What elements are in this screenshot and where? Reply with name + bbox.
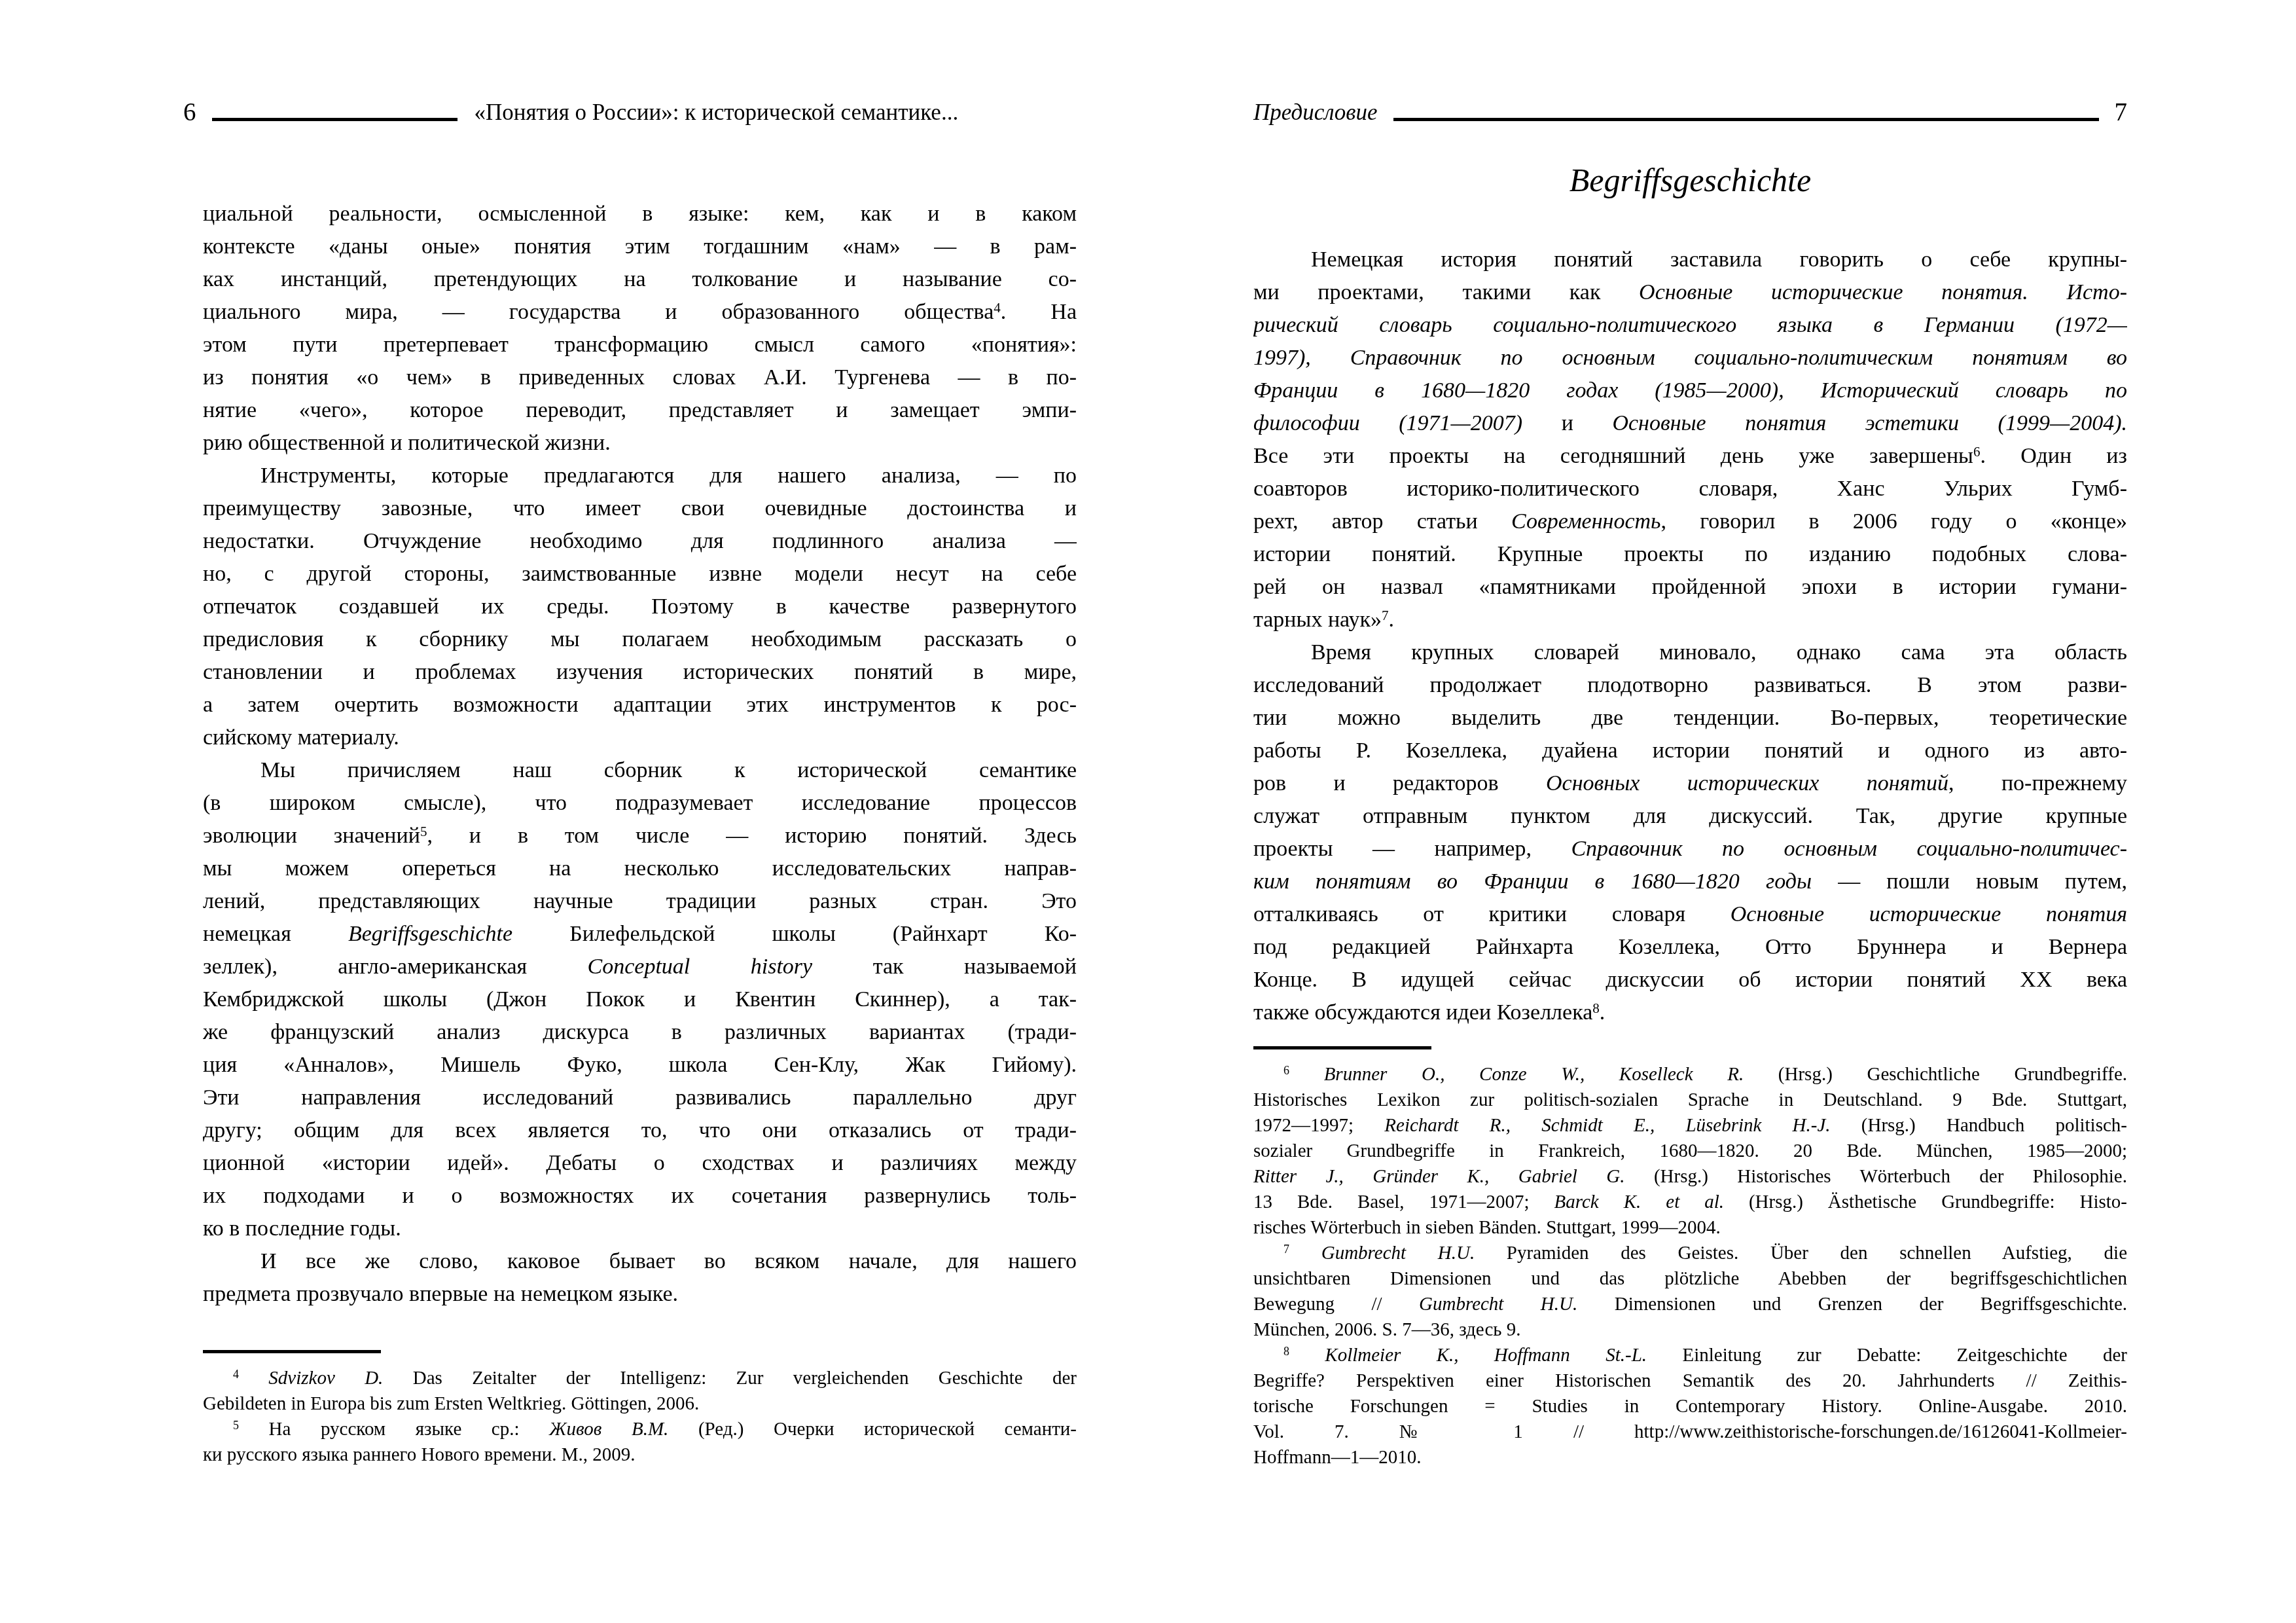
left-header-rule (212, 118, 457, 121)
right-body-text: Немецкая история понятий заставила говор… (1253, 244, 2127, 1029)
text-line: 5 На русском языке ср.: Живов В.М. (Ред.… (203, 1417, 1077, 1442)
right-running-header: Предисловие 7 (1253, 98, 2127, 127)
text-line: также обсуждаются идеи Козеллека8. (1253, 996, 2127, 1029)
left-page-number: 6 (183, 98, 196, 127)
text-line: Кембриджской школы (Джон Покок и Квентин… (203, 983, 1077, 1016)
text-line: работы Р. Козеллека, дуайена истории пон… (1253, 735, 2127, 767)
right-header-rule (1393, 118, 2099, 121)
text-line: ки русского языка раннего Нового времени… (203, 1442, 1077, 1468)
text-line: зеллек), англо-американская Conceptual h… (203, 951, 1077, 983)
text-line: недостатки. Отчуждение необходимо для по… (203, 525, 1077, 558)
left-footnotes: 4 Sdvizkov D. Das Zeitalter der Intellig… (203, 1366, 1077, 1468)
text-line: Hoffmann—1—2010. (1253, 1445, 2127, 1470)
text-line: другу; общим для всех является то, что о… (203, 1114, 1077, 1147)
body-paragraph: Время крупных словарей миновало, однако … (1253, 636, 2127, 1029)
footnote: 8 Kollmeier K., Hoffmann St.-L. Einleitu… (1253, 1343, 2127, 1470)
text-line: же французский анализ дискурса в различн… (203, 1016, 1077, 1049)
text-line: (в широком смысле), что подразумевает ис… (203, 787, 1077, 820)
footnote: 7 Gumbrecht H.U. Pyramiden des Geistes. … (1253, 1241, 2127, 1343)
text-line: ким понятиям во Франции в 1680—1820 годы… (1253, 866, 2127, 898)
text-line: лений, представляющих научные традиции р… (203, 885, 1077, 918)
text-line: И все же слово, каковое бывает во всяком… (203, 1245, 1077, 1278)
text-line: соавторов историко-политического словаря… (1253, 473, 2127, 505)
right-footnotes: 6 Brunner O., Conze W., Koselleck R. (Hr… (1253, 1062, 2127, 1470)
text-line: München, 2006. S. 7—36, здесь 9. (1253, 1317, 2127, 1343)
text-line: Historisches Lexikon zur politisch-sozia… (1253, 1087, 2127, 1113)
text-line: предисловия к сборнику мы полагаем необх… (203, 623, 1077, 656)
text-line: 7 Gumbrecht H.U. Pyramiden des Geistes. … (1253, 1241, 2127, 1266)
text-line: Ritter J., Gründer K., Gabriel G. (Hrsg.… (1253, 1164, 2127, 1190)
text-line: отталкиваясь от критики словаря Основные… (1253, 898, 2127, 931)
text-line: их подходами и о возможностях их сочетан… (203, 1180, 1077, 1213)
text-line: 1997), Справочник по основным социально-… (1253, 342, 2127, 374)
text-line: Немецкая история понятий заставила говор… (1253, 244, 2127, 276)
text-line: ров и редакторов Основных исторических п… (1253, 767, 2127, 800)
text-line: 1972—1997; Reichardt R., Schmidt E., Lüs… (1253, 1113, 2127, 1139)
text-line: циального мира, — государства и образова… (203, 296, 1077, 329)
text-line: 6 Brunner O., Conze W., Koselleck R. (Hr… (1253, 1062, 2127, 1087)
text-line: unsichtbaren Dimensionen und das plötzli… (1253, 1266, 2127, 1292)
text-line: тарных наук»7. (1253, 604, 2127, 636)
text-line: истории понятий. Крупные проекты по изда… (1253, 538, 2127, 571)
left-running-head: «Понятия о России»: к исторической семан… (475, 98, 959, 127)
text-line: ционной «истории идей». Дебаты о сходств… (203, 1147, 1077, 1180)
text-line: нятие «чего», которое переводит, предста… (203, 394, 1077, 427)
book-spread-scan: { "colors": { "ink": "#000000", "paper":… (0, 0, 2296, 1623)
text-line: под редакцией Райнхарта Козеллека, Отто … (1253, 931, 2127, 964)
text-line: этом пути претерпевает трансформацию смы… (203, 329, 1077, 361)
text-line: ко в последние годы. (203, 1213, 1077, 1245)
text-line: циальной реальности, осмысленной в языке… (203, 198, 1077, 230)
text-line: мы можем опереться на несколько исследов… (203, 852, 1077, 885)
text-line: 8 Kollmeier K., Hoffmann St.-L. Einleitu… (1253, 1343, 2127, 1368)
left-body-text: циальной реальности, осмысленной в языке… (203, 198, 1077, 1311)
text-line: тии можно выделить две тенденции. Во-пер… (1253, 702, 2127, 735)
text-line: Bewegung // Gumbrecht H.U. Dimensionen u… (1253, 1292, 2127, 1317)
text-line: преимуществу завозные, что имеет свои оч… (203, 492, 1077, 525)
text-line: Все эти проекты на сегодняшний день уже … (1253, 440, 2127, 473)
text-line: Эти направления исследований развивались… (203, 1082, 1077, 1114)
text-line: ках инстанций, претендующих на толковани… (203, 263, 1077, 296)
body-paragraph: Немецкая история понятий заставила говор… (1253, 244, 2127, 636)
text-line: Время крупных словарей миновало, однако … (1253, 636, 2127, 669)
footnote: 5 На русском языке ср.: Живов В.М. (Ред.… (203, 1417, 1077, 1468)
left-running-header: 6 «Понятия о России»: к исторической сем… (203, 98, 1077, 127)
right-page: Предисловие 7 Begriffsgeschichte Немецка… (1253, 0, 2127, 1623)
body-paragraph: Инструменты, которые предлагаются для на… (203, 460, 1077, 754)
text-line: немецкая Begriffsgeschichte Билефельдско… (203, 918, 1077, 951)
text-line: отпечаток создавшей их среды. Поэтому в … (203, 591, 1077, 623)
text-line: но, с другой стороны, заимствованные изв… (203, 558, 1077, 591)
text-line: Gebildeten in Europa bis zum Ersten Welt… (203, 1391, 1077, 1417)
text-line: torische Forschungen = Studies in Contem… (1253, 1394, 2127, 1419)
section-title: Begriffsgeschichte (1253, 161, 2127, 199)
right-footnote-rule (1253, 1046, 1431, 1049)
body-paragraph: Мы причисляем наш сборник к исторической… (203, 754, 1077, 1245)
text-line: рехт, автор статьи Современность, говори… (1253, 505, 2127, 538)
left-footnote-rule (203, 1350, 381, 1353)
text-line: проекты — например, Справочник по основн… (1253, 833, 2127, 866)
text-line: сийскому материалу. (203, 721, 1077, 754)
text-line: 13 Bde. Basel, 1971—2007; Barck K. et al… (1253, 1190, 2127, 1215)
text-line: становлении и проблемах изучения историч… (203, 656, 1077, 689)
text-line: рей он назвал «памятниками пройденной эп… (1253, 571, 2127, 604)
text-line: Конце. В идущей сейчас дискуссии об исто… (1253, 964, 2127, 996)
text-line: контексте «даны оные» понятия этим тогда… (203, 230, 1077, 263)
text-line: Инструменты, которые предлагаются для на… (203, 460, 1077, 492)
text-line: 4 Sdvizkov D. Das Zeitalter der Intellig… (203, 1366, 1077, 1391)
text-line: из понятия «о чем» в приведенных словах … (203, 361, 1077, 394)
text-line: рический словарь социально-политического… (1253, 309, 2127, 342)
right-running-head: Предисловие (1253, 98, 1378, 127)
left-page: 6 «Понятия о России»: к исторической сем… (203, 0, 1077, 1623)
body-paragraph: циальной реальности, осмысленной в языке… (203, 198, 1077, 460)
text-line: Мы причисляем наш сборник к исторической… (203, 754, 1077, 787)
text-line: рию общественной и политической жизни. (203, 427, 1077, 460)
text-line: Франции в 1680—1820 годах (1985—2000), И… (1253, 374, 2127, 407)
body-paragraph: И все же слово, каковое бывает во всяком… (203, 1245, 1077, 1311)
text-line: Vol. 7. № 1 // http://www.zeithistorisch… (1253, 1419, 2127, 1445)
text-line: служат отправным пунктом для дискуссий. … (1253, 800, 2127, 833)
footnote: 4 Sdvizkov D. Das Zeitalter der Intellig… (203, 1366, 1077, 1417)
text-line: ми проектами, такими как Основные истори… (1253, 276, 2127, 309)
text-line: ция «Анналов», Мишель Фуко, школа Сен-Кл… (203, 1049, 1077, 1082)
text-line: предмета прозвучало впервые на немецком … (203, 1278, 1077, 1311)
text-line: философии (1971—2007) и Основные понятия… (1253, 407, 2127, 440)
text-line: sozialer Grundbegriffe in Frankreich, 16… (1253, 1139, 2127, 1164)
right-page-number: 7 (2115, 98, 2128, 127)
footnote: 6 Brunner O., Conze W., Koselleck R. (Hr… (1253, 1062, 2127, 1241)
text-line: Begriffe? Perspektiven einer Historische… (1253, 1368, 2127, 1394)
text-line: а затем очертить возможности адаптации э… (203, 689, 1077, 721)
text-line: risches Wörterbuch in sieben Bänden. Stu… (1253, 1215, 2127, 1241)
text-line: эволюции значений5, и в том числе — исто… (203, 820, 1077, 852)
text-line: исследований продолжает плодотворно разв… (1253, 669, 2127, 702)
